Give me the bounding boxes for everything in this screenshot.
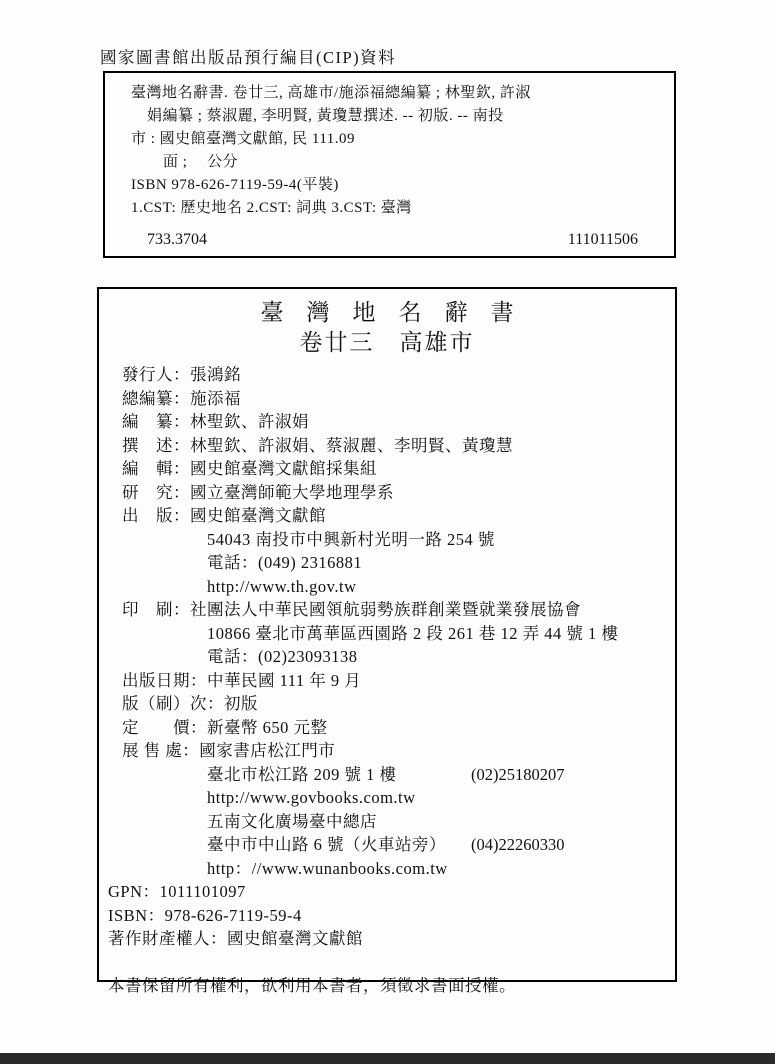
classification-number: 733.3704 [147,231,207,249]
row-copyright-holder: 著作財產權人：國史館臺灣文獻館 [99,927,675,951]
row-publisher-url: http://www.th.gov.tw [99,575,675,599]
row-printer: 印 刷：社團法人中華民國領航弱勢族群創業暨就業發展協會 [99,598,675,622]
rights-notice: 本書保留所有權利，欲利用本書者，須徵求書面授權。 [99,972,675,996]
cip-record-number: 111011506 [568,231,638,249]
row-store-1-url: http://www.govbooks.com.tw [99,786,675,810]
row-publisher-phone: 電話：(049) 2316881 [99,551,675,575]
cip-heading: 國家圖書館出版品預行編目(CIP)資料 [100,44,396,68]
row-publish-date: 出版日期：中華民國 111 年 9 月 [99,669,675,693]
cip-line: 面 ; 公分 [105,151,674,174]
row-publisher-person: 發行人：張鴻銘 [99,363,675,387]
colophon-rows: 發行人：張鴻銘 總編纂：施添福 編 纂：林聖欽、許淑娟 撰 述：林聖欽、許淑娟、… [99,363,675,951]
store-address-text: 臺北市松江路 209 號 1 樓 [207,765,397,784]
cip-line-subjects: 1.CST: 歷史地名 2.CST: 詞典 3.CST: 臺灣 [105,197,674,220]
row-price: 定 價：新臺幣 650 元整 [99,716,675,740]
book-title: 臺 灣 地 名 辭 書 [99,298,675,328]
cip-data-box: 臺灣地名辭書. 卷廿三, 高雄市/施添福總編纂 ; 林聖欽, 許淑 娟編纂 ; … [103,71,676,258]
store-address-text: 臺中市中山路 6 號（火車站旁） [207,835,446,854]
row-publisher-address: 54043 南投市中興新村光明一路 254 號 [99,528,675,552]
row-isbn: ISBN：978-626-7119-59-4 [99,904,675,928]
document-page: 國家圖書館出版品預行編目(CIP)資料 臺灣地名辭書. 卷廿三, 高雄市/施添福… [0,0,775,1064]
cip-line: 市 : 國史館臺灣文獻館, 民 111.09 [105,128,674,151]
cip-line: 娟編纂 ; 蔡淑麗, 李明賢, 黃瓊慧撰述. -- 初版. -- 南投 [105,105,674,128]
store-phone: (04)22260330 [471,833,565,857]
row-edition: 版（刷）次：初版 [99,692,675,716]
row-printer-address: 10866 臺北市萬華區西園路 2 段 261 巷 12 弄 44 號 1 樓 [99,622,675,646]
row-retail-store-2: 五南文化廣場臺中總店 [99,810,675,834]
store-phone: (02)25180207 [471,763,565,787]
cip-footer: 733.3704 111011506 [105,220,674,249]
cip-line-isbn: ISBN 978-626-7119-59-4(平裝) [105,174,674,197]
row-editing-dept: 編 輯：國史館臺灣文獻館採集組 [99,457,675,481]
row-publisher-org: 出 版：國史館臺灣文獻館 [99,504,675,528]
row-chief-editor: 總編纂：施添福 [99,387,675,411]
colophon-box: 臺 灣 地 名 辭 書 卷廿三 高雄市 發行人：張鴻銘 總編纂：施添福 編 纂：… [97,287,677,982]
row-store-2-url: http：//www.wunanbooks.com.tw [99,857,675,881]
row-store-2-address: 臺中市中山路 6 號（火車站旁） (04)22260330 [99,833,675,857]
row-gpn: GPN：1011101097 [99,880,675,904]
row-authors: 撰 述：林聖欽、許淑娟、蔡淑麗、李明賢、黃瓊慧 [99,434,675,458]
cip-catalog-lines: 臺灣地名辭書. 卷廿三, 高雄市/施添福總編纂 ; 林聖欽, 許淑 娟編纂 ; … [105,73,674,220]
row-research-dept: 研 究：國立臺灣師範大學地理學系 [99,481,675,505]
row-store-1-address: 臺北市松江路 209 號 1 樓 (02)25180207 [99,763,675,787]
row-retail-store-1: 展 售 處：國家書店松江門市 [99,739,675,763]
row-printer-phone: 電話：(02)23093138 [99,645,675,669]
cip-line: 臺灣地名辭書. 卷廿三, 高雄市/施添福總編纂 ; 林聖欽, 許淑 [105,82,674,105]
book-subtitle: 卷廿三 高雄市 [99,328,675,358]
row-editors: 編 纂：林聖欽、許淑娟 [99,410,675,434]
page-bottom-scan-edge [0,1053,775,1064]
